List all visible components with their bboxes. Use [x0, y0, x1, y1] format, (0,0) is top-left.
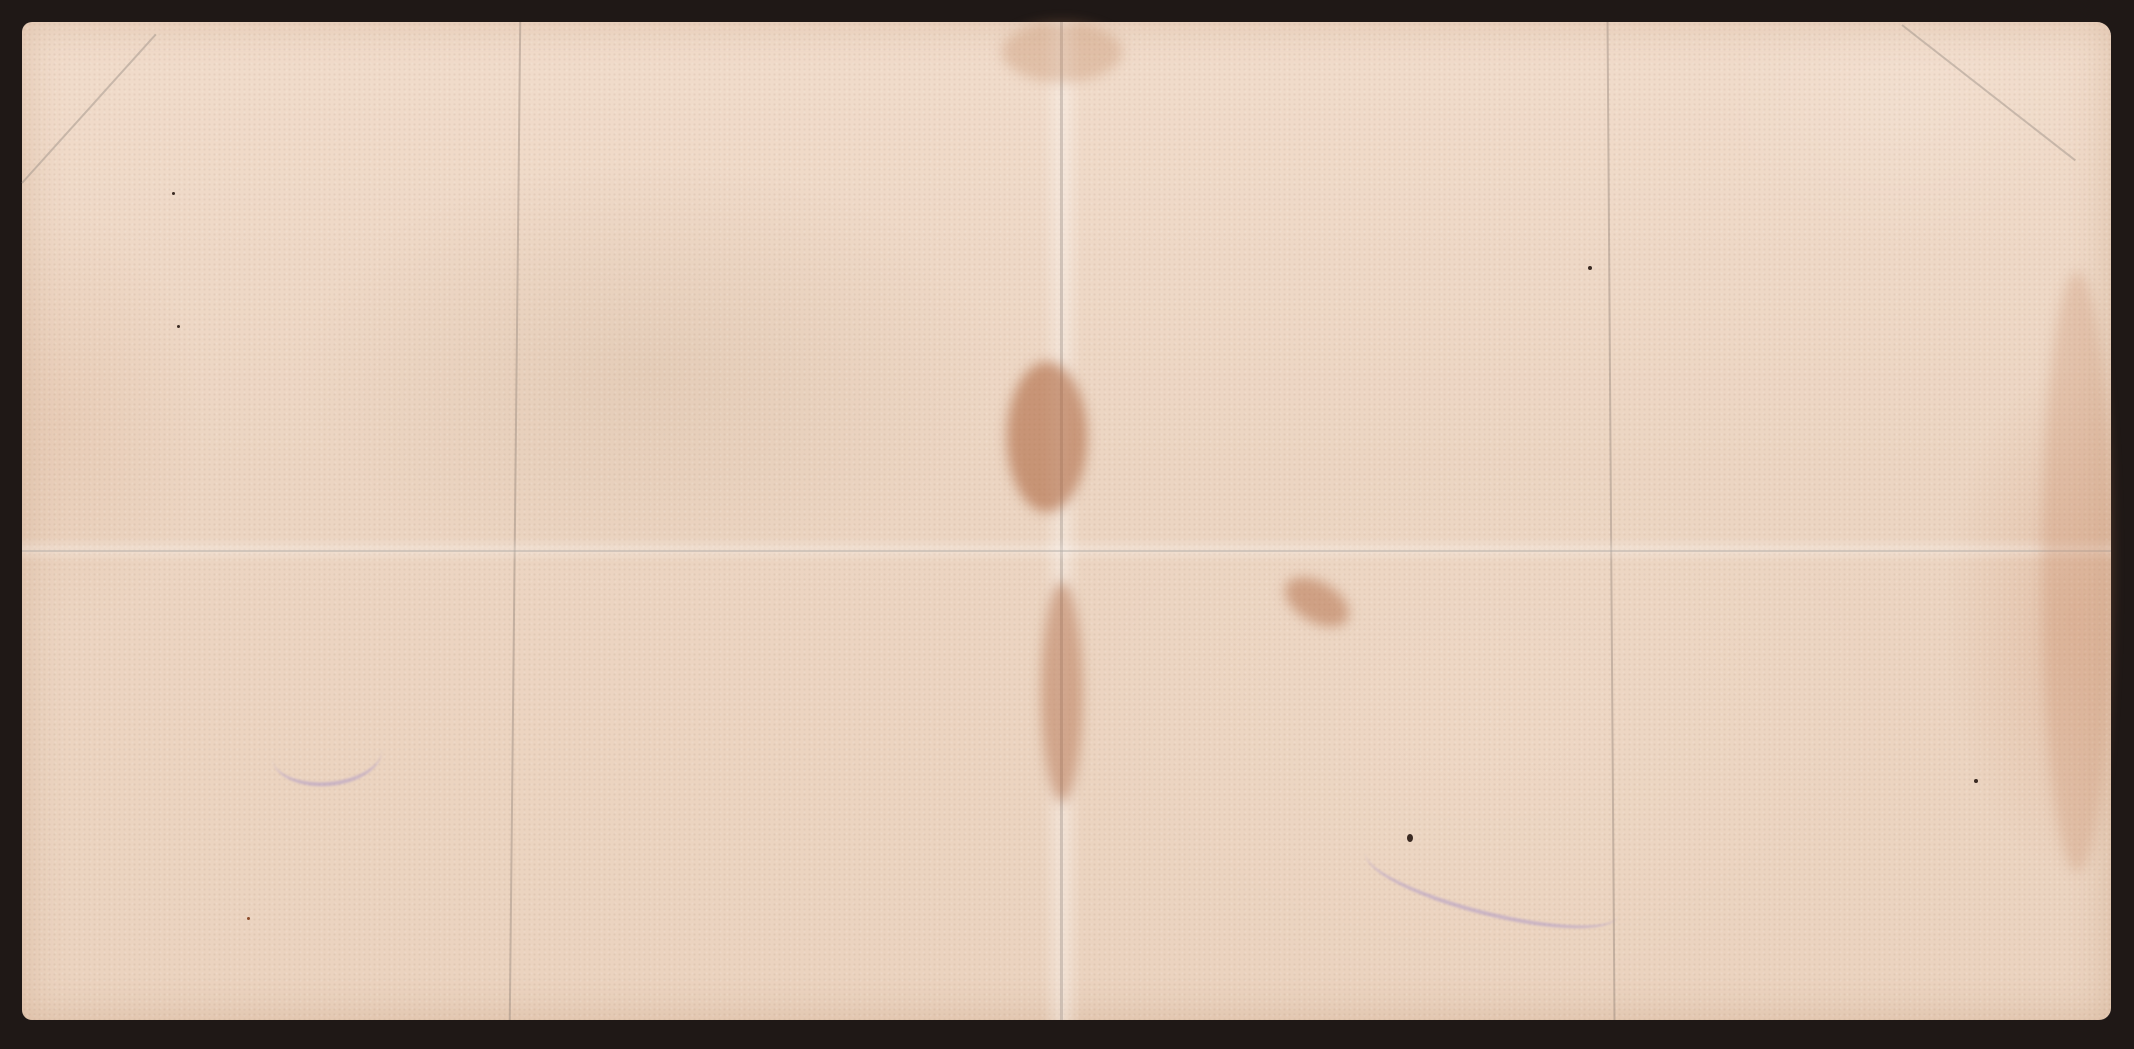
- speck: [1974, 779, 1978, 783]
- speck: [177, 325, 180, 328]
- banknote-reverse: [22, 22, 2111, 1020]
- edge-discoloration-right: [2042, 272, 2112, 872]
- speck: [247, 917, 250, 920]
- rust-stain-center-upper: [1007, 362, 1087, 512]
- fold-crease-horizontal-highlight: [22, 537, 2111, 562]
- speck: [172, 192, 175, 195]
- rust-stain-center-lower: [1042, 582, 1082, 802]
- speck: [1588, 266, 1592, 270]
- rust-stain-top-center: [1002, 22, 1122, 82]
- fold-crease-center-highlight: [1042, 22, 1082, 1020]
- speck: [1407, 834, 1413, 842]
